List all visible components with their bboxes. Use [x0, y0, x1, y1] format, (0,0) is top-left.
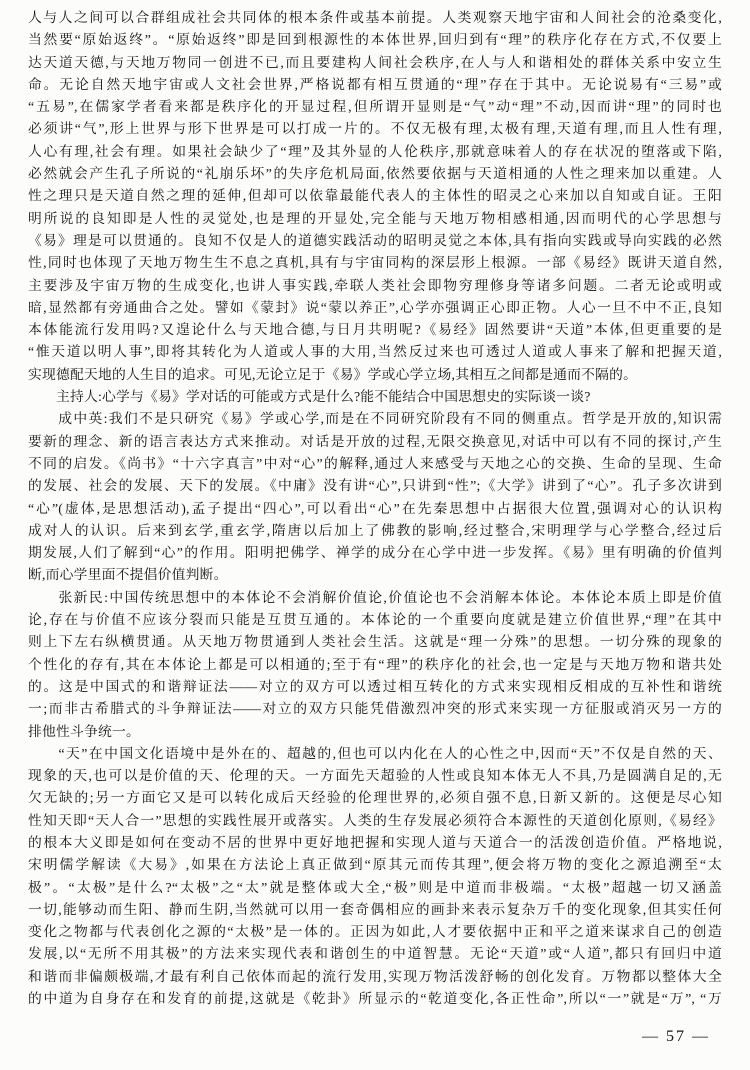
text-line: 和谐而非偏颇极端,才最有利自己依体而起的流行发用,实现万物活泼舒畅的创化发育。万… — [28, 966, 722, 988]
text-line: 当然要“原始返终”。“原始返终”即是回到根源性的本体世界,回归到有“理”的秩序化… — [28, 29, 722, 51]
text-line: 要新的理念、新的语言表达方式来推动。对话是开放的过程,无限交换意见,对话中可以有… — [28, 431, 722, 453]
text-line: “天”在中国文化语境中是外在的、超越的,但也可以内化在人的心性之中,因而“天”不… — [28, 743, 722, 765]
text-line: 必然就会产生孔子所说的“礼崩乐坏”的失序危机局面,依然要依据与天道相通的人性之理… — [28, 163, 722, 185]
text-line: 人心有理,社会有理。如果社会缺少了“理”及其外显的人伦秩序,那就意味着人的存在状… — [28, 141, 722, 163]
text-line: 的。这是中国式的和谐辩证法——对立的双方可以透过相互转化的方式来实现相反相成的互… — [28, 676, 722, 698]
text-line: 变化之物都与代表创化之源的“太极”是一体的。正因为如此,人才要依据中正和平之道来… — [28, 921, 722, 943]
text-line: 个性化的存有,其在本体论上都是可以相通的;至于有“理”的秩序化的社会,也一定是与… — [28, 654, 722, 676]
text-line: 达天道天德,与天地万物同一创进不已,而且要建构人间社会秩序,在人与人和谐相处的群… — [28, 52, 722, 74]
document-page: 人与人之间可以合群组成社会共同体的根本条件或基本前提。人类观察天地宇宙和人间社会… — [0, 0, 750, 1070]
text-line: 宋明儒学解读《大易》,如果在方法论上真正做到“原其元而传其理”,便会将万物的变化… — [28, 854, 722, 876]
text-block: 人与人之间可以合群组成社会共同体的根本条件或基本前提。人类观察天地宇宙和人间社会… — [28, 7, 722, 1010]
text-line: 现象的天,也可以是价值的天、伦理的天。一方面先天超验的人性或良知本体无人不具,乃… — [28, 765, 722, 787]
text-line: 不同的启发。《尚书》“十六字真言”中对“心”的解释,通过人来感受与天地之心的交换… — [28, 453, 722, 475]
text-line: 人与人之间可以合群组成社会共同体的根本条件或基本前提。人类观察天地宇宙和人间社会… — [28, 7, 722, 29]
text-line: 性知天即“天人合一”思想的实践性展开或落实。人类的生存发展必须符合本源性的天道创… — [28, 810, 722, 832]
text-line: 排他性斗争统一。 — [28, 721, 722, 743]
text-line: 命。无论自然天地宇宙或人文社会世界,严格说都有相互贯通的“理”存在于其中。无论说… — [28, 74, 722, 96]
text-line: 暗,显然都有旁通曲合之处。譬如《蒙封》说“蒙以养正”,心学亦强调正心即正物。人心… — [28, 297, 722, 319]
text-line: 本体能流行发用吗?又遑论什么与天地合德,与日月共明呢?《易经》固然要讲“天道”本… — [28, 319, 722, 341]
text-line: 论,存在与价值不应该分裂而只能是互贯互通的。本体论的一个重要向度就是建立价值世界… — [28, 609, 722, 631]
text-line: 实现德配天地的人生目的追求。可见,无论立足于《易》学或心学立场,其相互之间都是通… — [28, 364, 722, 386]
text-line: 发展,以“无所不用其极”的方法来实现代表和谐创生的中道智慧。无论“天道”或“人道… — [28, 943, 722, 965]
text-line: 性,同时也体现了天地万物生生不息之真机,具有与宇宙同构的深层形上根源。一部《易经… — [28, 252, 722, 274]
text-line: 成对人的认识。后来到玄学,重玄学,隋唐以后加上了佛教的影响,经过整合,宋明理学与… — [28, 520, 722, 542]
text-line: 张新民:中国传统思想中的本体论不会消解价值论,价值论也不会消解本体论。本体论本质… — [28, 587, 722, 609]
text-line: 极”。“太极”是什么?“太极”之“太”就是整体或大全,“极”则是中道而非极端。“… — [28, 877, 722, 899]
text-line: 则上下左右纵横贯通。从天地万物贯通到人类社会生活。这就是“理一分殊”的思想。一切… — [28, 631, 722, 653]
text-line: 明所说的良知即是人性的灵觉处,也是理的开显处,完全能与天地万物相感相通,因而明代… — [28, 208, 722, 230]
text-line: “五易”,在儒家学者看来都是秩序化的开显过程,但所谓开显则是“气”动“理”不动,… — [28, 96, 722, 118]
text-line: 主要涉及宇宙万物的生成变化,也讲人事实践,牵联人类社会即物穷理修身等诸多问题。二… — [28, 275, 722, 297]
text-line: “心”(虚体,是思想活动),孟子提出“四心”,可以看出“心”在先秦思想中占据很大… — [28, 498, 722, 520]
text-line: 必须讲“气”,形上世界与形下世界是可以打成一片的。不仅无极有理,太极有理,天道有… — [28, 118, 722, 140]
text-line: 断,而心学里面不提倡价值判断。 — [28, 564, 722, 586]
text-line: 成中英:我们不是只研究《易》学或心学,而是在不同研究阶段有不同的侧重点。哲学是开… — [28, 408, 722, 430]
text-line: 的发展、社会的发展、天下的发展。《中庸》没有讲“心”,只讲到“性”;《大学》讲到… — [28, 475, 722, 497]
page-number: — 57 — — [642, 1028, 710, 1046]
text-line: 的根本大义即是如何在变动不居的世界中更好地把握和实现人道与天道合一的活泼创造价值… — [28, 832, 722, 854]
text-line: “惟天道以明人事”,即将其转化为人道或人事的大用,当然反过来也可透过人道或人事来… — [28, 341, 722, 363]
text-line: 期发展,人们了解到“心”的作用。阳明把佛学、禅学的成分在心学中进一步发挥。《易》… — [28, 542, 722, 564]
text-line: 的中道为自身存在和发育的前提,这就是《乾卦》所显示的“乾道变化,各正性命”,所以… — [28, 988, 722, 1010]
text-line: 《易》理是可以贯通的。良知不仅是人的道德实践活动的昭明灵觉之本体,具有指向实践或… — [28, 230, 722, 252]
text-line: 一;而非古希腊式的斗争辩证法——对立的双方只能凭借激烈冲突的形式来实现一方征服或… — [28, 698, 722, 720]
text-line: 一切,能够动而生阳、静而生阴,当然就可以用一套奇偶相应的画卦来表示复杂万千的变化… — [28, 899, 722, 921]
text-line: 欠无缺的;另一方面它又是可以转化成后天经验的伦理世界的,必须自强不息,日新又新的… — [28, 787, 722, 809]
text-line: 性之理只是天道自然之理的延伸,但却可以依靠最能代表人的主体性的昭灵之心来加以自知… — [28, 185, 722, 207]
text-line: 主持人:心学与《易》学对话的可能或方式是什么?能不能结合中国思想史的实际谈一谈? — [28, 386, 722, 408]
